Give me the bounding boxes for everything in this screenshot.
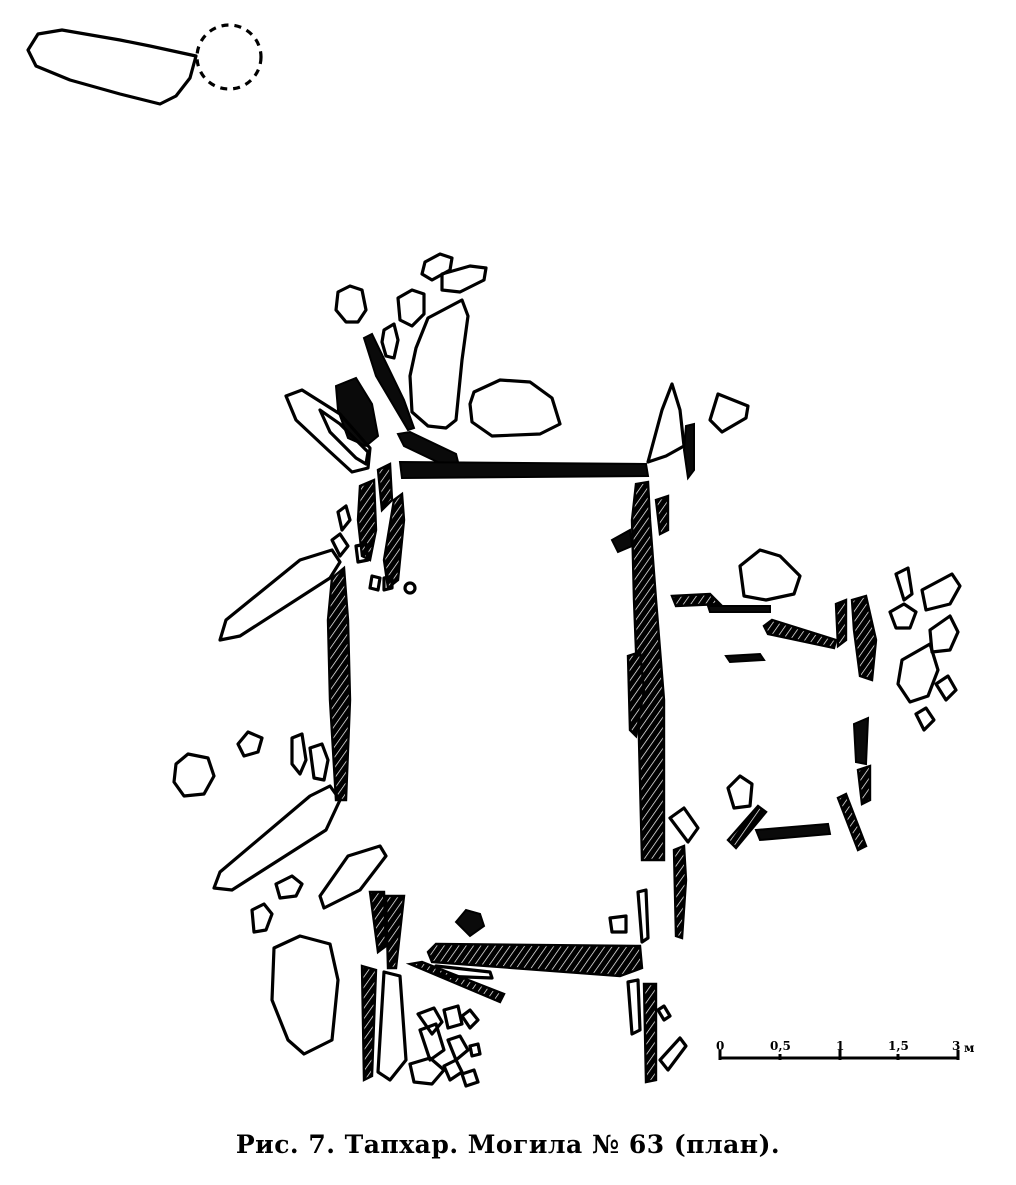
- south-stones: [362, 890, 686, 1086]
- scale-bar: 0 0,5 1 1,5 3 м: [716, 1039, 975, 1060]
- north-east-stone: [648, 384, 684, 462]
- scale-tick-1-5: 1,5: [888, 1039, 909, 1053]
- south-wall-slab: [428, 944, 642, 976]
- detached-stone-group: [28, 25, 261, 104]
- north-east-upright: [684, 424, 694, 478]
- north-east-stone-2: [710, 394, 748, 432]
- scale-tick-0: 0: [716, 1039, 724, 1053]
- north-stone-cluster: [286, 254, 560, 472]
- scale-tick-1: 1: [836, 1039, 844, 1053]
- west-inner-stones: [174, 464, 415, 1054]
- scale-tick-3: 3: [952, 1039, 960, 1053]
- figure-caption: Рис. 7. Тапхар. Могила № 63 (план).: [0, 1130, 1016, 1159]
- scale-unit: м: [964, 1041, 975, 1055]
- scale-tick-0-5: 0,5: [770, 1039, 791, 1053]
- east-annex: [672, 550, 960, 850]
- west-wall-slab: [328, 568, 350, 800]
- grave-plan-drawing: 0 0,5 1 1,5 3 м: [0, 0, 1016, 1185]
- north-wall-slab: [400, 462, 648, 478]
